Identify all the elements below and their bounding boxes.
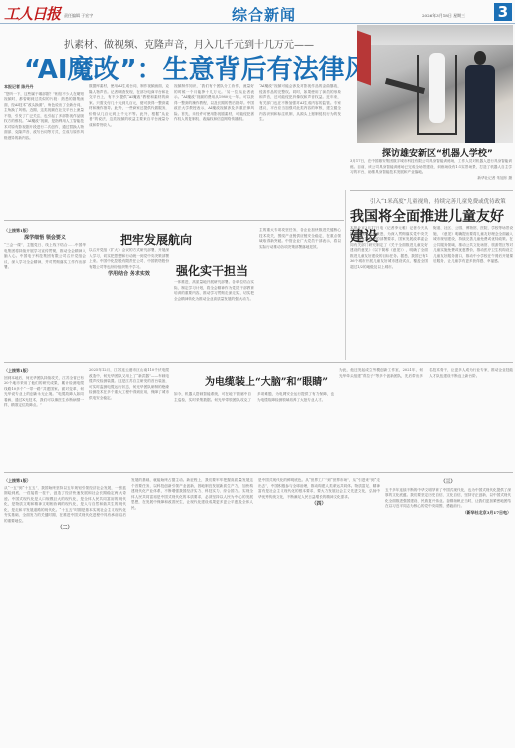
lead-column-3: 视频制作知识，‘我们有个团队分工协作，流量好的时候一个月能挣十几万元。’另一位从… — [174, 84, 254, 214]
commentary-column-4: （三） 五千多年连续不断的中华文明孕育了中国式现代化，也为中国式现代化提供了深厚… — [385, 478, 511, 740]
second-column-1: 本报北京3月17日电（记者李元雅）记者今天从国家发展改革委获悉，为深入贯彻落实党… — [350, 226, 428, 354]
photo-caption: 探访雄安新区“机器人学校” — [382, 146, 493, 159]
divider — [4, 362, 513, 363]
third-column-3: 如今，机器人搭载智能系统，可在地下管廊中自主巡检，实时采集数据。何光华带领团队攻… — [174, 392, 334, 468]
third-headline: 为电缆装上“大脑”和“眼睛” — [205, 373, 328, 388]
lead-column-4: “AI魔改”视频可能会涉及对影视作品的歪曲篡改，侵害作品的完整权。同时，如果使用… — [259, 84, 341, 214]
robot-school-photo — [357, 25, 513, 143]
section-mark: （二） — [4, 526, 126, 532]
third-column-2: 2025年12月，江苏连云港市区山南110千伏电缆改造中，何光华团队又用上了“新… — [89, 368, 169, 468]
lead-column-1: 本报记者 陈丹丹 “您听一下，这些属于哪部剧？”相信不少人在刷短视频时，都曾刷到… — [4, 84, 84, 214]
commentary-column-1: （上接第1版） 从“一五”到“十五五”，我国始终坚持以五年规划引领经济社会发展，… — [4, 478, 126, 740]
middle-subhead-1: 深学细悟 领会要义 — [4, 236, 86, 242]
second-column-2: 街道、社区、公园、博物馆、医院、学校等场景设施，《意见》明确提出要将儿童友好理念… — [433, 226, 513, 354]
divider — [4, 472, 513, 473]
newspaper-logo: 工人日报 — [4, 3, 60, 24]
second-kicker: 引入“1米高度”儿童视角，持续完善儿童免费或优待政策 — [370, 197, 506, 205]
person-figure — [465, 51, 495, 143]
middle-subhead-2: 学用结合 务求实效 — [89, 272, 169, 278]
section-mark: （三） — [385, 480, 511, 486]
photo-description: 3月17日，在中国雄安集团数字城市科技有限公司具身智能训练场，工作人员对机器人进… — [350, 159, 512, 181]
commentary-column-3: 是中国式现代化的鲜明底色。从“世界工厂”到“世界市场”，从“引进来”到“走出去”… — [258, 478, 380, 740]
divider — [350, 190, 513, 191]
robot-figure — [429, 53, 445, 123]
lead-byline: 本报记者 陈丹丹 — [4, 84, 84, 90]
issue-date: 2026年3月18日 星期三 — [422, 13, 465, 19]
masthead: 工人日报 责任编辑 于宏宇 综合新闻 2026年3月18日 星期三 3 — [0, 0, 515, 24]
section-title: 综合新闻 — [232, 4, 296, 25]
commentary-signature: （新华社北京3月17日电） — [385, 510, 511, 516]
commentary-column-2: 发展的基础，就能始终占据主动。新征程上，我们要牢牢把握高质量发展这个首要任务，以… — [131, 478, 253, 740]
middle-column-3: 一体推进，高质量地开展研究部署。各单位结合实际，制定学习计划，将全会精神作为党员… — [174, 280, 254, 358]
page-number-badge: 3 — [494, 3, 512, 21]
middle-headline-right: 强化实干担当 — [176, 262, 248, 279]
divider — [4, 220, 344, 221]
editor-credit: 责任编辑 于宏宇 — [64, 13, 93, 19]
middle-column-1: （上接第1版） 深学细悟 领会要义 “三会一课”、主题党日、线上线下结合……中国… — [4, 228, 86, 358]
photo-credit: 新华社记者 朱旭东 摄 — [350, 176, 512, 182]
third-column-4: 为此，他还发起成立劳模创新工作室，2021年，何光华牵头组建“青拉子”等多个创新… — [339, 368, 513, 468]
lead-headline: “AI魔改”：生意背后有法律风险 — [24, 49, 397, 86]
third-column-1: （上接第1版） 回到本地后，何光华团队持续攻关，江苏全省已有20个地市采用了他们… — [4, 368, 84, 468]
section-mark: （四） — [258, 502, 380, 508]
middle-headline-left: 把牢发展航向 — [120, 231, 192, 248]
column-divider — [345, 190, 346, 360]
lead-column-2: 数据库素材，使用AI生成台词，制作视频画面，克隆人物声音。记者调查发现，在部分电… — [89, 84, 169, 214]
middle-column-2: 以召开党组（扩大）会议的方式研究部署，开展深入学习，切实把思想和行动统一到党中央… — [89, 248, 169, 358]
middle-column-4: 主的重大专项攻坚任务，各企业加快推进关键核心技术攻关，围绕产业链供应链安全稳定，… — [259, 228, 341, 358]
